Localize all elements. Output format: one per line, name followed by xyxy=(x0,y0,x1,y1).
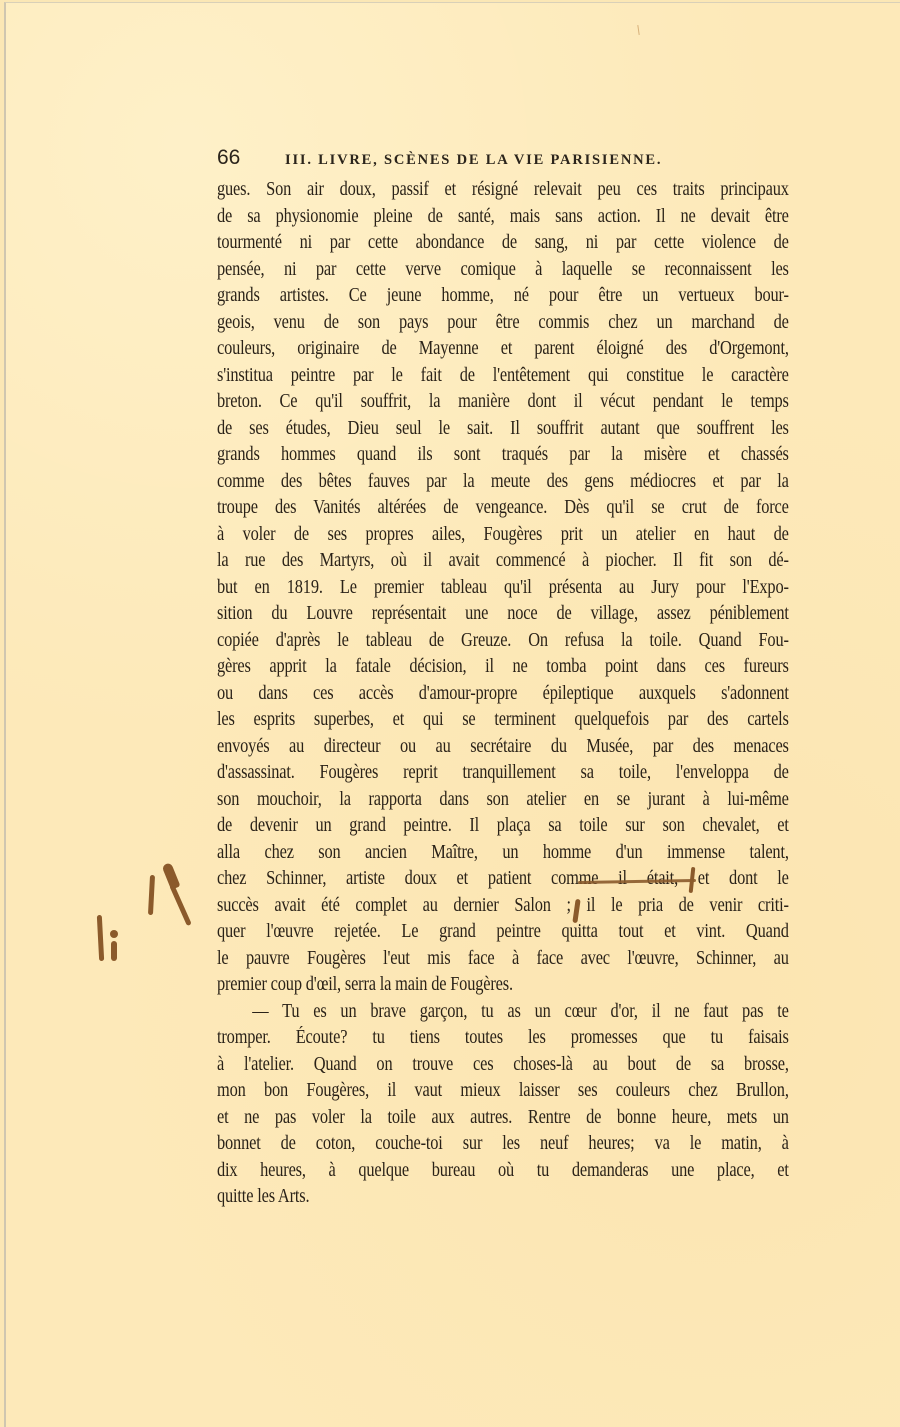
text-line: gères apprit la fatale décision, il ne t… xyxy=(217,654,789,681)
text-line: la rue des Martyrs, où il avait commencé… xyxy=(217,548,789,575)
text-line: les esprits superbes, et qui se terminen… xyxy=(217,707,789,734)
running-head: 66 III. LIVRE, SCÈNES DE LA VIE PARISIEN… xyxy=(217,146,789,174)
text-line: à voler de ses propres ailes, Fougères p… xyxy=(217,522,789,549)
text-line: but en 1819. Le premier tableau qu'il pr… xyxy=(217,575,789,602)
text-line: envoyés au directeur ou au secrétaire du… xyxy=(217,734,789,761)
text-line: tourmenté ni par cette abondance de sang… xyxy=(217,230,789,257)
dialogue-line: mon bon Fougères, il vaut mieux laisser … xyxy=(217,1078,789,1105)
dialogue-line: à l'atelier. Quand on trouve ces choses-… xyxy=(217,1052,789,1079)
text-line: de ses études, Dieu seul le sait. Il sou… xyxy=(217,416,789,443)
text-line: pensée, ni par cette verve comique à laq… xyxy=(217,257,789,284)
text-line: ou dans ces accès d'amour-propre épilept… xyxy=(217,681,789,708)
book-page: 66 III. LIVRE, SCÈNES DE LA VIE PARISIEN… xyxy=(4,2,900,1427)
dialogue-line: bonnet de coton, couche-toi sur les neuf… xyxy=(217,1131,789,1158)
text-line: geois, venu de son pays pour être commis… xyxy=(217,310,789,337)
text-line: quer l'œuvre rejetée. Le grand peintre q… xyxy=(217,919,789,946)
text-line: copiée d'après le tableau de Greuze. On … xyxy=(217,628,789,655)
text-line: grands artistes. Ce jeune homme, né pour… xyxy=(217,283,789,310)
text-line: son mouchoir, la rapporta dans son ateli… xyxy=(217,787,789,814)
text-line: le pauvre Fougères l'eut mis face à face… xyxy=(217,946,789,973)
text-line: breton. Ce qu'il souffrit, la manière do… xyxy=(217,389,789,416)
page-number: 66 xyxy=(217,146,285,170)
body-text: gues. Son air doux, passif et résigné re… xyxy=(217,177,789,1211)
text-line: de sa physionomie pleine de santé, mais … xyxy=(217,204,789,231)
margin-stroke xyxy=(169,884,191,926)
dialogue-line: et ne pas voler la toile aux autres. Ren… xyxy=(217,1105,789,1132)
paper-fiber-mark xyxy=(637,25,639,35)
dialogue-line: tromper. Écoute? tu tiens toutes les pro… xyxy=(217,1025,789,1052)
dialogue-line: — Tu es un brave garçon, tu as un cœur d… xyxy=(217,999,789,1026)
margin-stroke xyxy=(110,930,118,938)
paragraph-last-line: premier coup d'œil, serra la main de Fou… xyxy=(217,972,789,999)
text-line-with-insertion: succès avait été complet au dernier Salo… xyxy=(217,893,789,920)
text-line: grands hommes quand ils sont traqués par… xyxy=(217,442,789,469)
text-line: couleurs, originaire de Mayenne et paren… xyxy=(217,336,789,363)
margin-stroke xyxy=(97,915,104,961)
text-line: troupe des Vanités altérées de vengeance… xyxy=(217,495,789,522)
margin-stroke xyxy=(148,875,155,915)
running-head-title: III. LIVRE, SCÈNES DE LA VIE PARISIENNE. xyxy=(285,152,662,169)
text-line: de devenir un grand peintre. Il plaça sa… xyxy=(217,813,789,840)
text-line: comme des bêtes fauves par la meute des … xyxy=(217,469,789,496)
dialogue-last-line: quitte les Arts. xyxy=(217,1184,789,1211)
text-line: gues. Son air doux, passif et résigné re… xyxy=(217,177,789,204)
text-line-with-strikethrough: chez Schinner, artiste doux et patient c… xyxy=(217,866,789,893)
dialogue-line: dix heures, à quelque bureau où tu deman… xyxy=(217,1158,789,1185)
margin-stroke xyxy=(111,941,117,961)
text-line: d'assassinat. Fougères reprit tranquille… xyxy=(217,760,789,787)
text-line: s'institua peintre par le fait de l'entê… xyxy=(217,363,789,390)
text-line: sition du Louvre représentait une noce d… xyxy=(217,601,789,628)
text-line: alla chez son ancien Maître, un homme d'… xyxy=(217,840,789,867)
